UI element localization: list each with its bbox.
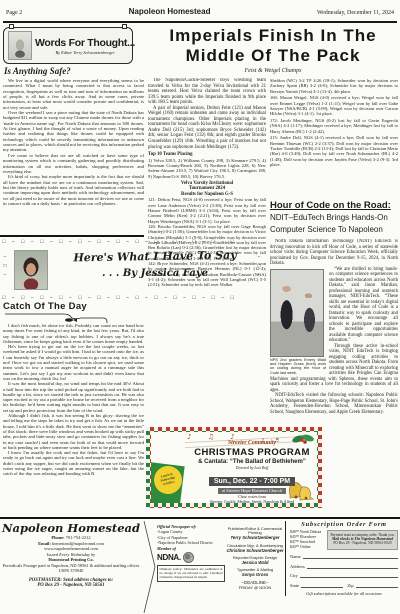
paragraph: North Dakota Information Technology (NDI…: [270, 239, 398, 267]
result-entry: 215: Andre Doll, NGS (4-1) received a by…: [270, 135, 398, 167]
paragraph: The Napoleon/Gackle-Streeter boys wrestl…: [148, 78, 266, 106]
ndna-logo: NDNA.: [157, 555, 181, 560]
phone-number: 701-754-2212: [66, 535, 91, 540]
ad-choir-towns: Streeter, Gackle, Medina, Steele, Napole…: [183, 499, 317, 504]
staff-name: Jessica Wald: [226, 561, 284, 566]
address-field: Address: [290, 564, 398, 569]
email-label: Email:: [38, 541, 51, 546]
ad-datetime: Sun., Dec. 22 - 7:00 PM: [209, 477, 295, 486]
result-entry: Sheldon (WC) 3-2 TF 4:26 (18-1); Schneid…: [270, 78, 398, 94]
hour-of-code-subtitle: Computer Science To Napoleon: [270, 225, 400, 234]
decorative-border: ~ □ ~: [1, 253, 9, 280]
ad-title: CHRISTMAS PROGRAM: [183, 447, 317, 458]
wrestling-column-2: Sheldon (WC) 3-2 TF 4:26 (18-1); Schneid…: [270, 78, 398, 198]
paragraph: It's kind of scary, but maybe more impor…: [3, 174, 144, 206]
paragraph: I don't fish much, let alone ice fish. P…: [3, 323, 144, 344]
page-header: Page 2 Napoleon Homestead Wednesday, Dec…: [6, 7, 394, 16]
words-for-thought-box: Words For Thought... By Editor Terry Sch…: [3, 27, 133, 64]
hour-of-code-photo-block: NPS 2nd graders Emery Wald and Hayden Gr…: [270, 269, 326, 376]
deadline-time: FRIDAY @ NOON: [226, 586, 284, 591]
decorative-border: □ ~ □ ~ □ ~ □ ~ □ ~ □ ~ □ ~ □ ~ □ ~ □ ~ …: [2, 239, 262, 245]
subscription-rates: $40⁰⁰ North Dakota $45⁰⁰ Elsewhere $47⁰⁰…: [290, 530, 324, 550]
column-title: Words For Thought...: [35, 37, 135, 49]
hour-of-code-kicker: Hour of Code on the Road:: [270, 200, 400, 211]
state-zip-field: StateZip: [290, 583, 398, 588]
masthead-divider: [138, 521, 158, 613]
footer-rule: [0, 517, 400, 519]
section-divider: [0, 235, 144, 237]
city-field: City: [290, 573, 398, 578]
staff-name: Terry Schwartzenberger: [226, 536, 284, 541]
ndna-seal-icon: [183, 552, 194, 563]
masthead: Napoleon Homestead Phone: 701-754-2212 E…: [2, 521, 140, 589]
header-rule: [3, 21, 397, 23]
jessica-column-header: □ ~ □ ~ □ ~ □ ~ □ ~ □ ~ □ ~ □ ~ □ ~ □ ~ …: [0, 239, 264, 301]
paragraph: NDIT-EduTech visited the following schoo…: [270, 393, 398, 415]
photo-caption: NPS 2nd graders Emery Wald and Hayden Gr…: [270, 358, 326, 376]
result-entry: 121: Delton Feist, NGS (4-0) received a …: [148, 197, 266, 223]
name-blank-line: [303, 555, 398, 559]
staff-name: Sonya Gross: [226, 573, 284, 578]
postmaster-note: POSTMASTER: Send address changes to: PO …: [2, 578, 140, 590]
column-script-title: Here's What I Have To Say: [52, 248, 258, 265]
subscription-form: Subscription Order Form $40⁰⁰ North Dako…: [285, 521, 398, 596]
state-blank-line: [301, 584, 343, 588]
column-script-byline: . . . By Jessica Faye: [52, 268, 258, 279]
email-address: homestead@napoleonnd.com: [52, 541, 104, 546]
main-headline: Imperials Finish In The Middle Of The Pa…: [146, 26, 400, 65]
result-entry: 160: Mason Weigel, NGS (4-0) received a …: [270, 95, 398, 116]
subscription-title: Subscription Order Form: [290, 521, 398, 528]
editor-photo: [8, 31, 32, 60]
paragraph: He's been trying to get out on the ice t…: [3, 344, 144, 381]
name-field: Name: [290, 554, 398, 559]
editorial-headline: Is Anything Safe?: [4, 66, 71, 76]
paragraph: A pair of Imperial seniors, Delton Feist…: [148, 106, 266, 150]
member-of-label: Member of: [157, 546, 223, 551]
newspaper-page: Page 2 Napoleon Homestead Wednesday, Dec…: [0, 0, 400, 614]
page-number: Page 2: [6, 10, 22, 16]
result-entry: 172: Jacob Meidinger, NGS (0-2) lost by …: [270, 118, 398, 134]
ad-location: at Streeter Hope Ebenezer Church: [218, 488, 286, 494]
corner-ornament: [122, 24, 127, 29]
jessica-photo: [14, 250, 48, 290]
editorial-body: We live in a digital world where everyon…: [3, 78, 144, 234]
ad-director: Directed by Lois Ruff: [183, 466, 317, 470]
top10-list: 1) Velva 339.5, 2) Williams County 298, …: [148, 158, 266, 179]
coding-students-photo: [270, 269, 324, 357]
official-item: -Napoleon Public School District: [157, 540, 223, 545]
usps-number: USPS 370940: [2, 568, 140, 574]
city-blank-line: [300, 574, 398, 578]
corner-ornament: [9, 24, 14, 29]
paper-title: Napoleon Homestead: [129, 7, 211, 16]
ad-cantata: & Cantata: “The Ballad of Bethlehem”: [183, 459, 317, 465]
catch-body: I don't fish much, let alone ice fish. P…: [3, 323, 144, 513]
paragraph: It was the most beautiful day, no wind a…: [3, 381, 144, 413]
gift-note: Gift subscriptions available for all occ…: [290, 591, 398, 596]
paragraph: We live in a digital world where everyon…: [3, 78, 144, 110]
zip-blank-line: [356, 584, 398, 588]
issue-date: Wednesday, December 11, 2024: [317, 10, 394, 16]
masthead-title: Napoleon Homestead: [2, 521, 140, 535]
main-subhead: Feist & Weigel Champs: [146, 68, 400, 74]
ad-community: Streeter Community: [183, 440, 317, 446]
obituary-policy-box: Obituary policy: Obituaries are publishe…: [157, 565, 225, 582]
paragraph: Although I didn't fish, it was fun seein…: [3, 413, 144, 450]
payment-instructions: Payment must accompany order. Thank you.…: [327, 530, 398, 550]
paragraph: I've come to believe that we are all wat…: [3, 153, 144, 174]
staff-name: Christine Schwartzenberger: [226, 549, 284, 554]
staff-box: Publisher/Editor & Commercial Printing T…: [226, 524, 284, 591]
christmas-program-ad: ♪ ♫ ♪ ♫ ♬ Lunch & Fellowship to follow S…: [146, 427, 322, 508]
phone-label: Phone:: [51, 535, 64, 540]
official-newspaper-block: Official Newspaper of: -Logan County -Ci…: [157, 524, 223, 582]
column-byline: By Editor Terry Schwartzenberger: [35, 50, 135, 55]
fishing-line-doodle: [3, 310, 144, 323]
address-blank-line: [307, 565, 398, 569]
hour-of-code-subtitle: NDIT–EduTech Brings Hands-On: [270, 213, 400, 222]
paragraph: I know I'm usually the cook and not the …: [3, 450, 144, 476]
paragraph: Over the weekend I saw a piece noting th…: [3, 110, 144, 153]
